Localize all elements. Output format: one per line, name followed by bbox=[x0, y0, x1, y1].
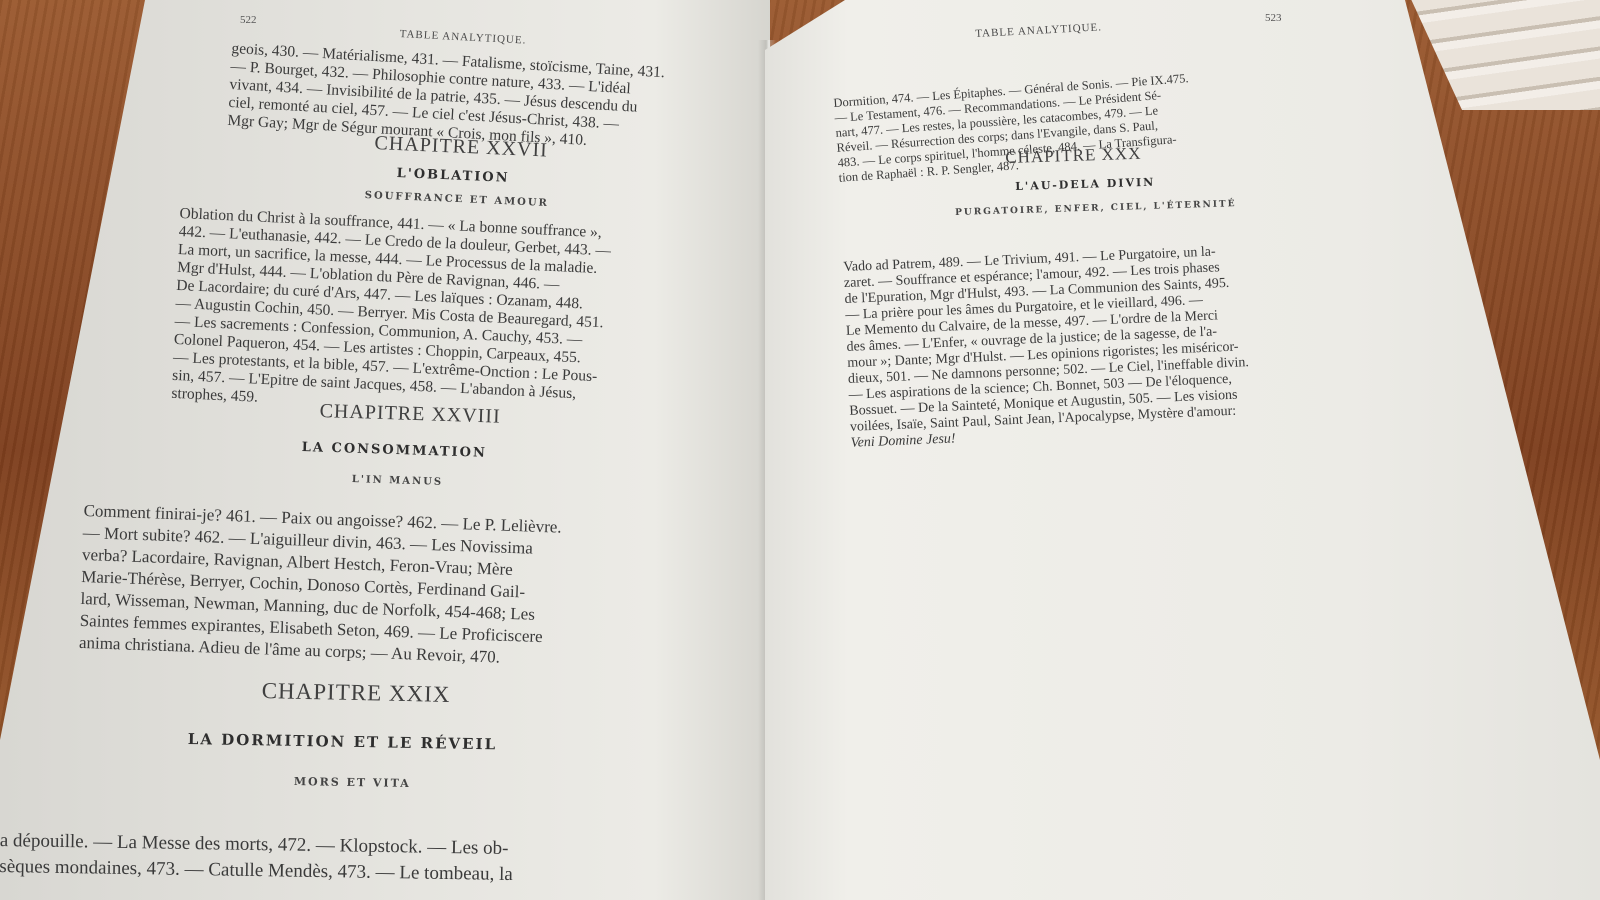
chapter-subtitle: L'IN MANUS bbox=[352, 474, 444, 488]
chapter-subtitle: SOUFFRANCE ET AMOUR bbox=[365, 190, 550, 209]
chapter-title: LA CONSOMMATION bbox=[302, 440, 488, 461]
chapter-title: L'AU-DELA DIVIN bbox=[1015, 176, 1155, 193]
chapter-title: L'OBLATION bbox=[396, 166, 509, 186]
chapter-heading: CHAPITRE XXX bbox=[1005, 144, 1142, 168]
chapter-entries: Oblation du Christ à la souffrance, 441.… bbox=[171, 205, 679, 425]
running-head: TABLE ANALYTIQUE. bbox=[399, 28, 526, 47]
chapter-entries: Vado ad Patrem, 489. — Le Trivium, 491. … bbox=[843, 238, 1383, 452]
chapter-heading: CHAPITRE XXVIII bbox=[319, 400, 501, 429]
chapter-heading: CHAPITRE XXIX bbox=[261, 678, 450, 708]
page-number: 522 bbox=[240, 14, 257, 26]
chapter-subtitle: PURGATOIRE, ENFER, CIEL, L'ÉTERNITÉ bbox=[955, 199, 1237, 218]
page-number: 523 bbox=[1265, 12, 1282, 24]
chapter-entries: Comment finirai-je? 461. — Paix ou angoi… bbox=[79, 500, 674, 674]
running-head: TABLE ANALYTIQUE. bbox=[975, 21, 1102, 40]
intro-entries: Dormition, 474. — Les Épitaphes. — Génér… bbox=[833, 64, 1298, 186]
chapter-subtitle: MORS ET VITA bbox=[294, 775, 411, 790]
chapter-title: LA DORMITION ET LE RÉVEIL bbox=[188, 730, 498, 753]
chapter-entries: a dépouille. — La Messe des morts, 472. … bbox=[0, 828, 670, 891]
photo-scene: 522 TABLE ANALYTIQUE. geois, 430. — Maté… bbox=[0, 0, 1600, 900]
